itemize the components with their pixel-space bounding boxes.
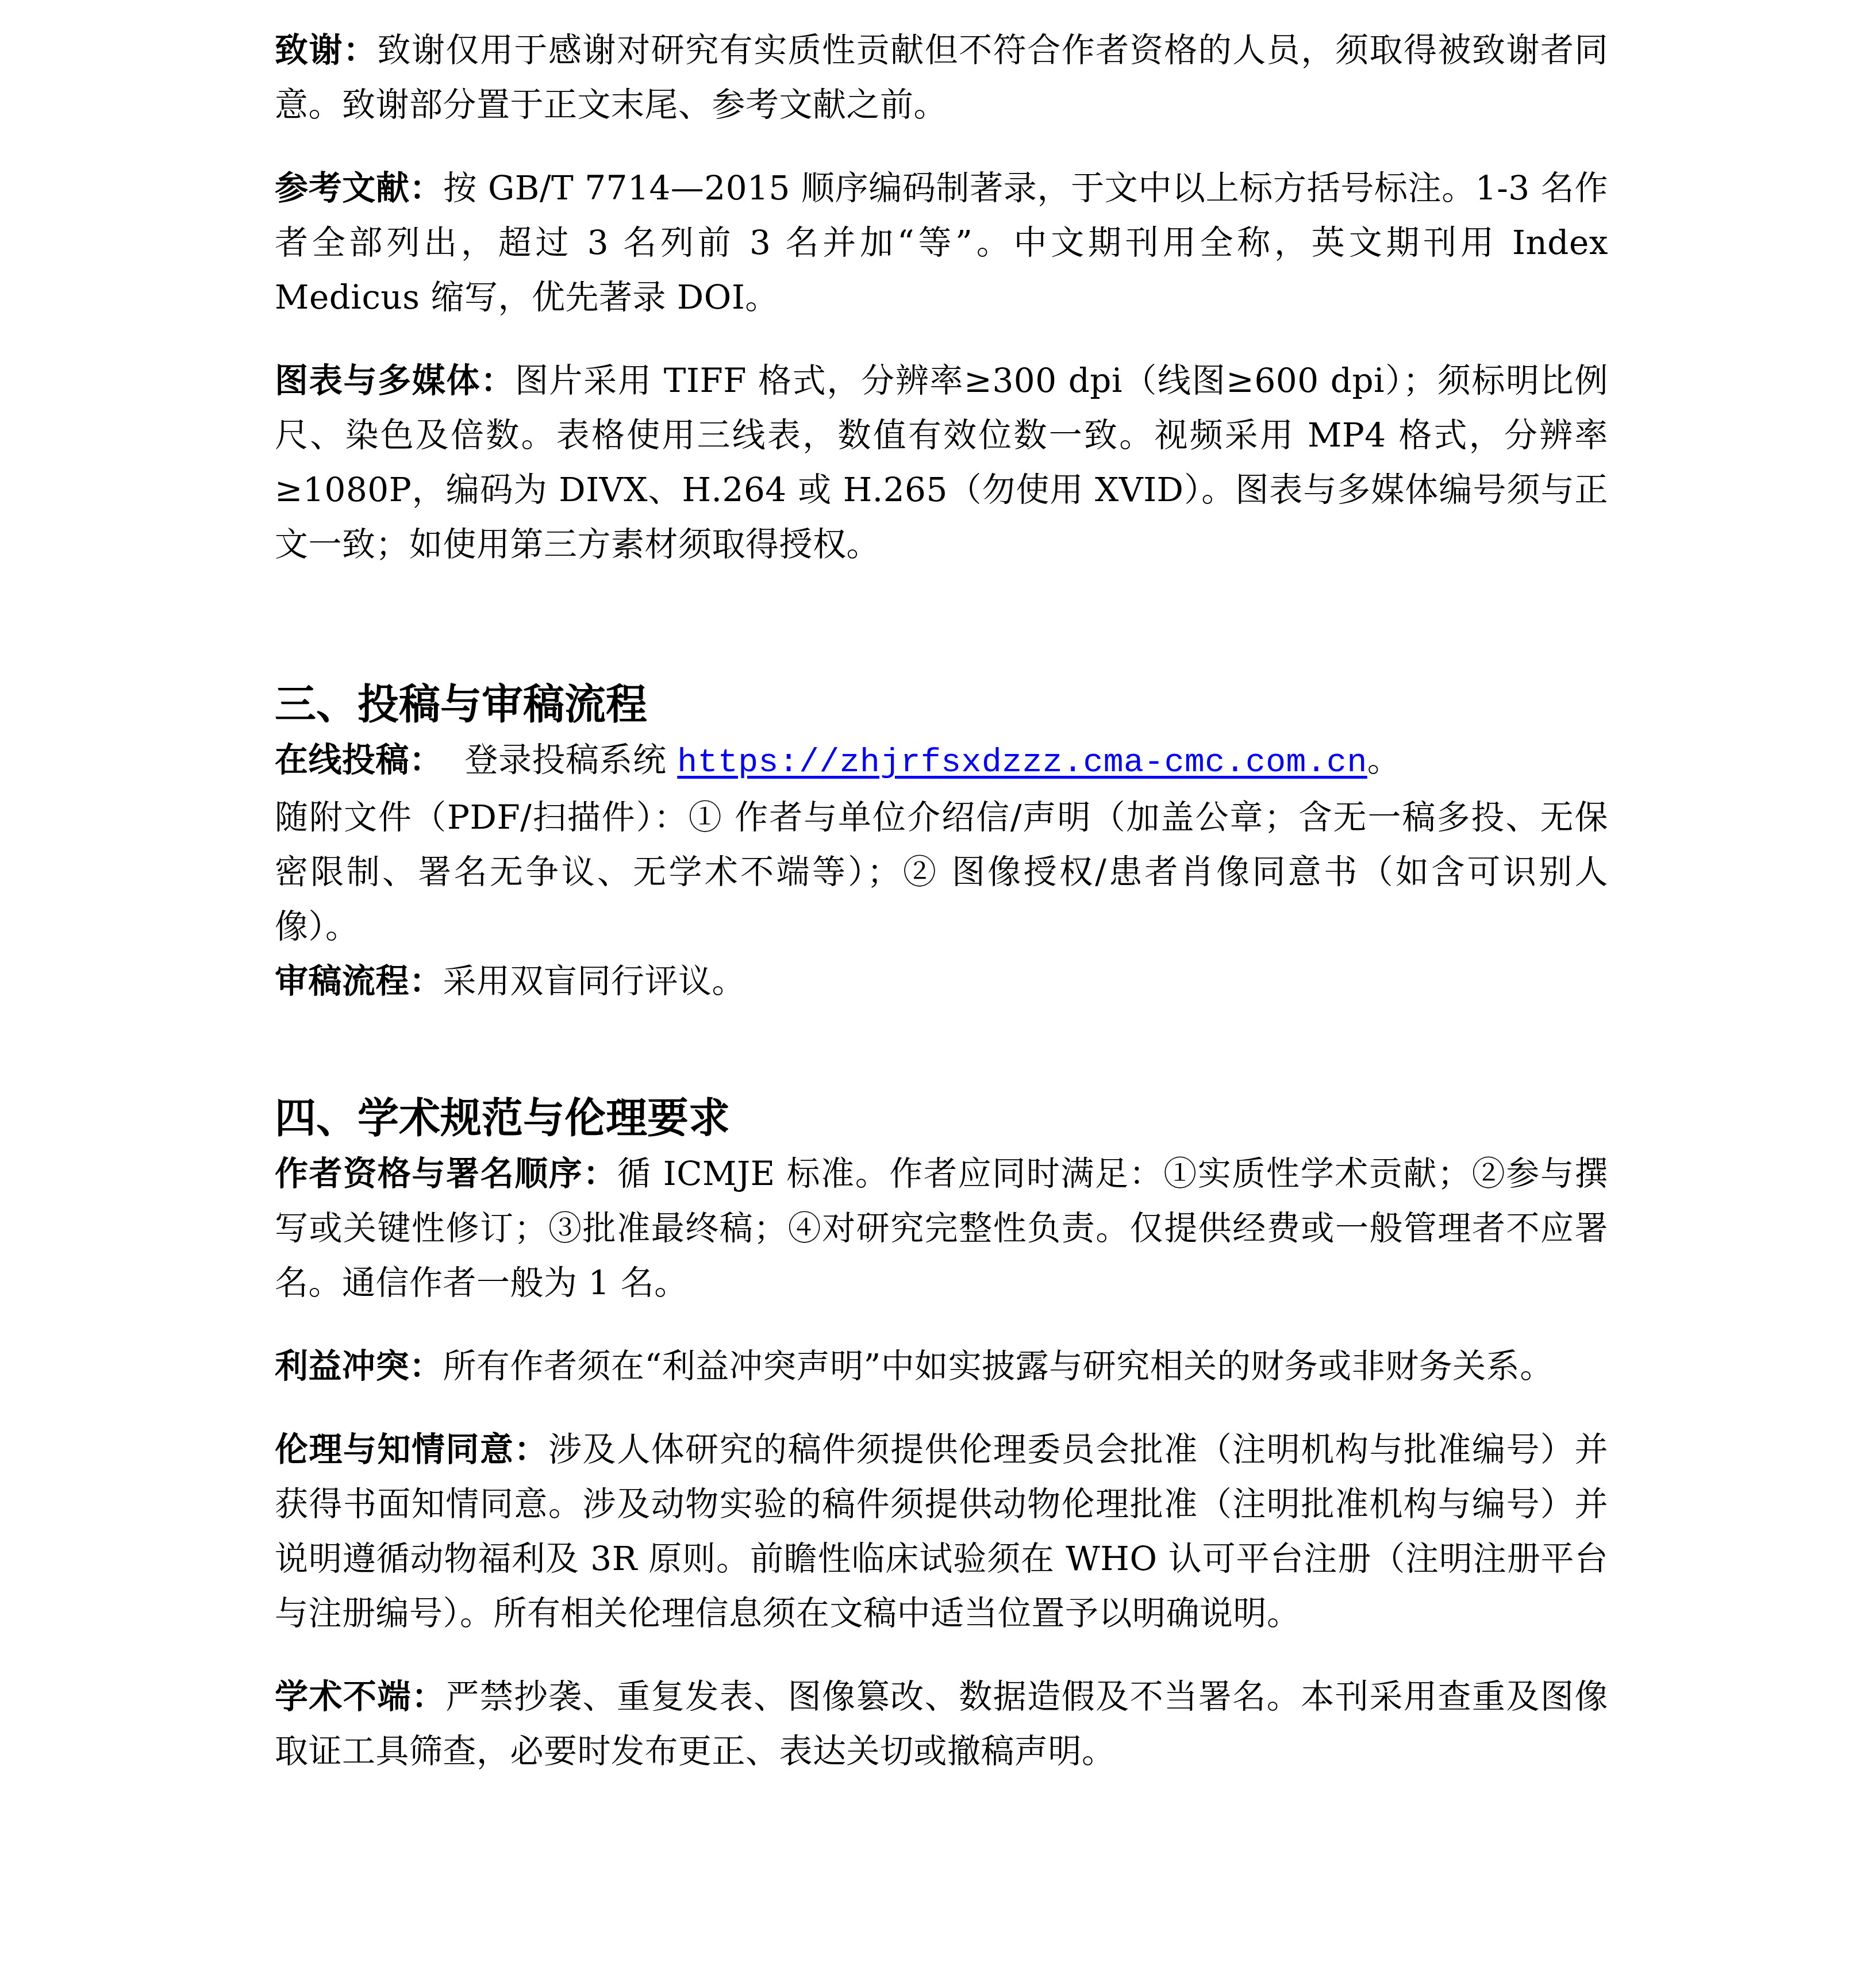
- online-submission-label: 在线投稿：: [275, 740, 443, 779]
- misconduct-text: 严禁抄袭、重复发表、图像篡改、数据造假及不当署名。本刊采用查重及图像取证工具筛查…: [275, 1677, 1608, 1771]
- figures-label: 图表与多媒体：: [275, 361, 515, 400]
- spacer: [275, 1009, 1608, 1089]
- spacer: [275, 1394, 1608, 1422]
- submission-system-link[interactable]: https://zhjrfsxdzzz.cma-cmc.com.cn: [677, 744, 1367, 782]
- review-paragraph: 审稿流程：采用双盲同行评议。: [275, 954, 1608, 1009]
- review-text: 采用双盲同行评议。: [443, 961, 746, 1001]
- ethics-paragraph: 伦理与知情同意：涉及人体研究的稿件须提供伦理委员会批准（注明机构与批准编号）并获…: [275, 1422, 1608, 1641]
- ethics-label: 伦理与知情同意：: [275, 1430, 548, 1469]
- spacer: [275, 1641, 1608, 1669]
- conflict-paragraph: 利益冲突：所有作者须在“利益冲突声明”中如实披露与研究相关的财务或非财务关系。: [275, 1339, 1608, 1394]
- authorship-paragraph: 作者资格与署名顺序：循 ICMJE 标准。作者应同时满足：①实质性学术贡献；②参…: [275, 1146, 1608, 1310]
- acknowledgment-label: 致谢：: [275, 30, 378, 70]
- online-submission-text: 登录投稿系统: [443, 740, 678, 779]
- conflict-text: 所有作者须在“利益冲突声明”中如实披露与研究相关的财务或非财务关系。: [443, 1346, 1554, 1386]
- attachments-paragraph: 随附文件（PDF/扫描件）：① 作者与单位介绍信/声明（加盖公章；含无一稿多投、…: [275, 790, 1608, 954]
- misconduct-label: 学术不端：: [275, 1677, 446, 1716]
- references-label: 参考文献：: [275, 168, 443, 207]
- spacer: [275, 572, 1608, 675]
- spacer: [275, 132, 1608, 161]
- online-submission-period: 。: [1367, 740, 1401, 779]
- figures-paragraph: 图表与多媒体：图片采用 TIFF 格式，分辨率≥300 dpi（线图≥600 d…: [275, 353, 1608, 572]
- document-page: 致谢：致谢仅用于感谢对研究有实质性贡献但不符合作者资格的人员，须取得被致谢者同意…: [275, 23, 1608, 1779]
- spacer: [275, 325, 1608, 353]
- misconduct-paragraph: 学术不端：严禁抄袭、重复发表、图像篡改、数据造假及不当署名。本刊采用查重及图像取…: [275, 1669, 1608, 1779]
- section3-heading: 三、投稿与审稿流程: [275, 675, 1608, 733]
- review-label: 审稿流程：: [275, 961, 443, 1001]
- acknowledgment-paragraph: 致谢：致谢仅用于感谢对研究有实质性贡献但不符合作者资格的人员，须取得被致谢者同意…: [275, 23, 1608, 132]
- spacer: [275, 1310, 1608, 1339]
- authorship-label: 作者资格与署名顺序：: [275, 1154, 617, 1193]
- acknowledgment-text: 致谢仅用于感谢对研究有实质性贡献但不符合作者资格的人员，须取得被致谢者同意。致谢…: [275, 30, 1608, 124]
- conflict-label: 利益冲突：: [275, 1346, 443, 1386]
- online-submission-paragraph: 在线投稿： 登录投稿系统 https://zhjrfsxdzzz.cma-cmc…: [275, 733, 1608, 790]
- references-text: 按 GB/T 7714—2015 顺序编码制著录，于文中以上标方括号标注。1-3…: [275, 168, 1608, 317]
- attachments-text: 随附文件（PDF/扫描件）：① 作者与单位介绍信/声明（加盖公章；含无一稿多投、…: [275, 798, 1608, 946]
- section4-heading: 四、学术规范与伦理要求: [275, 1089, 1608, 1146]
- references-paragraph: 参考文献：按 GB/T 7714—2015 顺序编码制著录，于文中以上标方括号标…: [275, 161, 1608, 325]
